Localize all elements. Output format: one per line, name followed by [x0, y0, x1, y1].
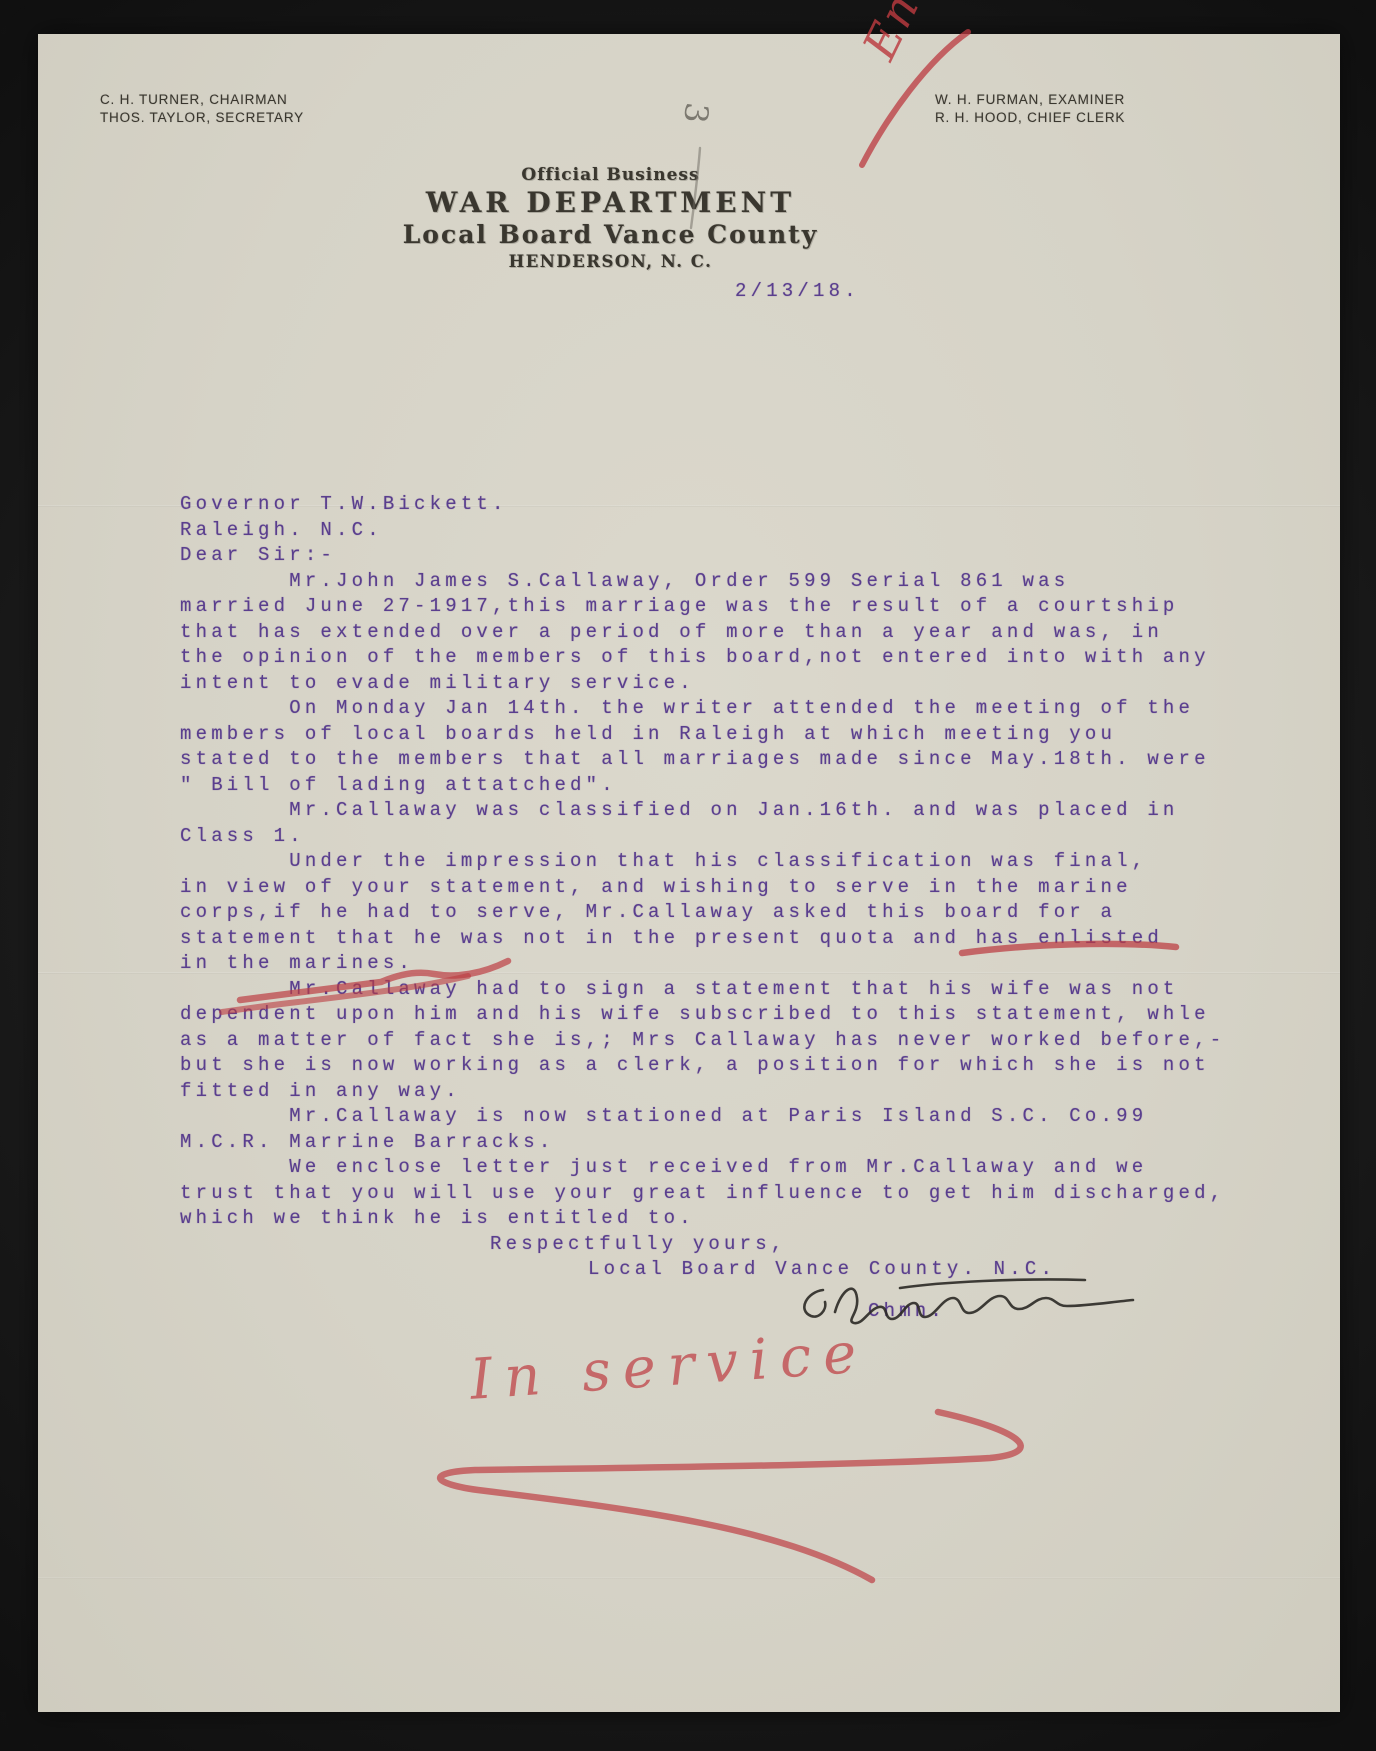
official-line: THOS. TAYLOR, SECRETARY [100, 109, 304, 127]
letter-line: " Bill of lading attatched". [180, 773, 1376, 799]
letter-line: dependent upon him and his wife subscrib… [180, 1002, 1376, 1028]
letter-line: Mr.Callaway was classified on Jan.16th. … [180, 798, 1376, 824]
letter-line: in the marines. [180, 951, 1376, 977]
letter-line: that has extended over a period of more … [180, 620, 1376, 646]
letter-line: trust that you will use your great influ… [180, 1181, 1376, 1207]
letter-line: Under the impression that his classifica… [180, 849, 1376, 875]
letter-line: Mr.Callaway had to sign a statement that… [180, 977, 1376, 1003]
letterhead-official-business: Official Business [38, 165, 1183, 185]
letter-line: members of local boards held in Raleigh … [180, 722, 1376, 748]
letter-line: Mr.John James S.Callaway, Order 599 Seri… [180, 569, 1376, 595]
letter-line: We enclose letter just received from Mr.… [180, 1155, 1376, 1181]
letter-body: Governor T.W.Bickett.Raleigh. N.C.Dear S… [180, 492, 1376, 1324]
letter-line: On Monday Jan 14th. the writer attended … [180, 696, 1376, 722]
letter-line: stated to the members that all marriages… [180, 747, 1376, 773]
letter-line: married June 27-1917,this marriage was t… [180, 594, 1376, 620]
fold-crease [38, 1577, 1340, 1579]
letter-line: statement that he was not in the present… [180, 926, 1376, 952]
closing-organization: Local Board Vance County. N.C. [588, 1257, 1376, 1283]
letter-line: Dear Sir:- [180, 543, 1376, 569]
letter-line: intent to evade military service. [180, 671, 1376, 697]
letterhead-officials-left: C. H. TURNER, CHAIRMANTHOS. TAYLOR, SECR… [100, 91, 304, 127]
letterhead-war-department: WAR DEPARTMENT [38, 186, 1183, 219]
letterhead-officials-right: W. H. FURMAN, EXAMINERR. H. HOOD, CHIEF … [935, 91, 1125, 127]
letter-body-lines: Governor T.W.Bickett.Raleigh. N.C.Dear S… [180, 492, 1376, 1232]
letter-line: but she is now working as a clerk, a pos… [180, 1053, 1376, 1079]
scanned-document: C. H. TURNER, CHAIRMANTHOS. TAYLOR, SECR… [0, 0, 1376, 1751]
official-line: C. H. TURNER, CHAIRMAN [100, 91, 304, 109]
letter-line: which we think he is entitled to. [180, 1206, 1376, 1232]
letter-line: Class 1. [180, 824, 1376, 850]
official-line: W. H. FURMAN, EXAMINER [935, 91, 1125, 109]
signature-title: Chmn. [868, 1299, 1376, 1325]
letter-line: the opinion of the members of this board… [180, 645, 1376, 671]
letter-line: Mr.Callaway is now stationed at Paris Is… [180, 1104, 1376, 1130]
letter-date: 2/13/18. [735, 280, 860, 302]
closing-respectfully: Respectfully yours, [490, 1232, 1376, 1258]
letter-line: Raleigh. N.C. [180, 518, 1376, 544]
letter-line: fitted in any way. [180, 1079, 1376, 1105]
official-line: R. H. HOOD, CHIEF CLERK [935, 109, 1125, 127]
letterhead-local-board: Local Board Vance County [38, 220, 1183, 249]
letter-line: Governor T.W.Bickett. [180, 492, 1376, 518]
letterhead-city: HENDERSON, N. C. [38, 252, 1183, 271]
letter-line: as a matter of fact she is,; Mrs Callawa… [180, 1028, 1376, 1054]
letter-line: corps,if he had to serve, Mr.Callaway as… [180, 900, 1376, 926]
letter-line: M.C.R. Marrine Barracks. [180, 1130, 1376, 1156]
letter-line: in view of your statement, and wishing t… [180, 875, 1376, 901]
letter-page: C. H. TURNER, CHAIRMANTHOS. TAYLOR, SECR… [38, 34, 1340, 1712]
